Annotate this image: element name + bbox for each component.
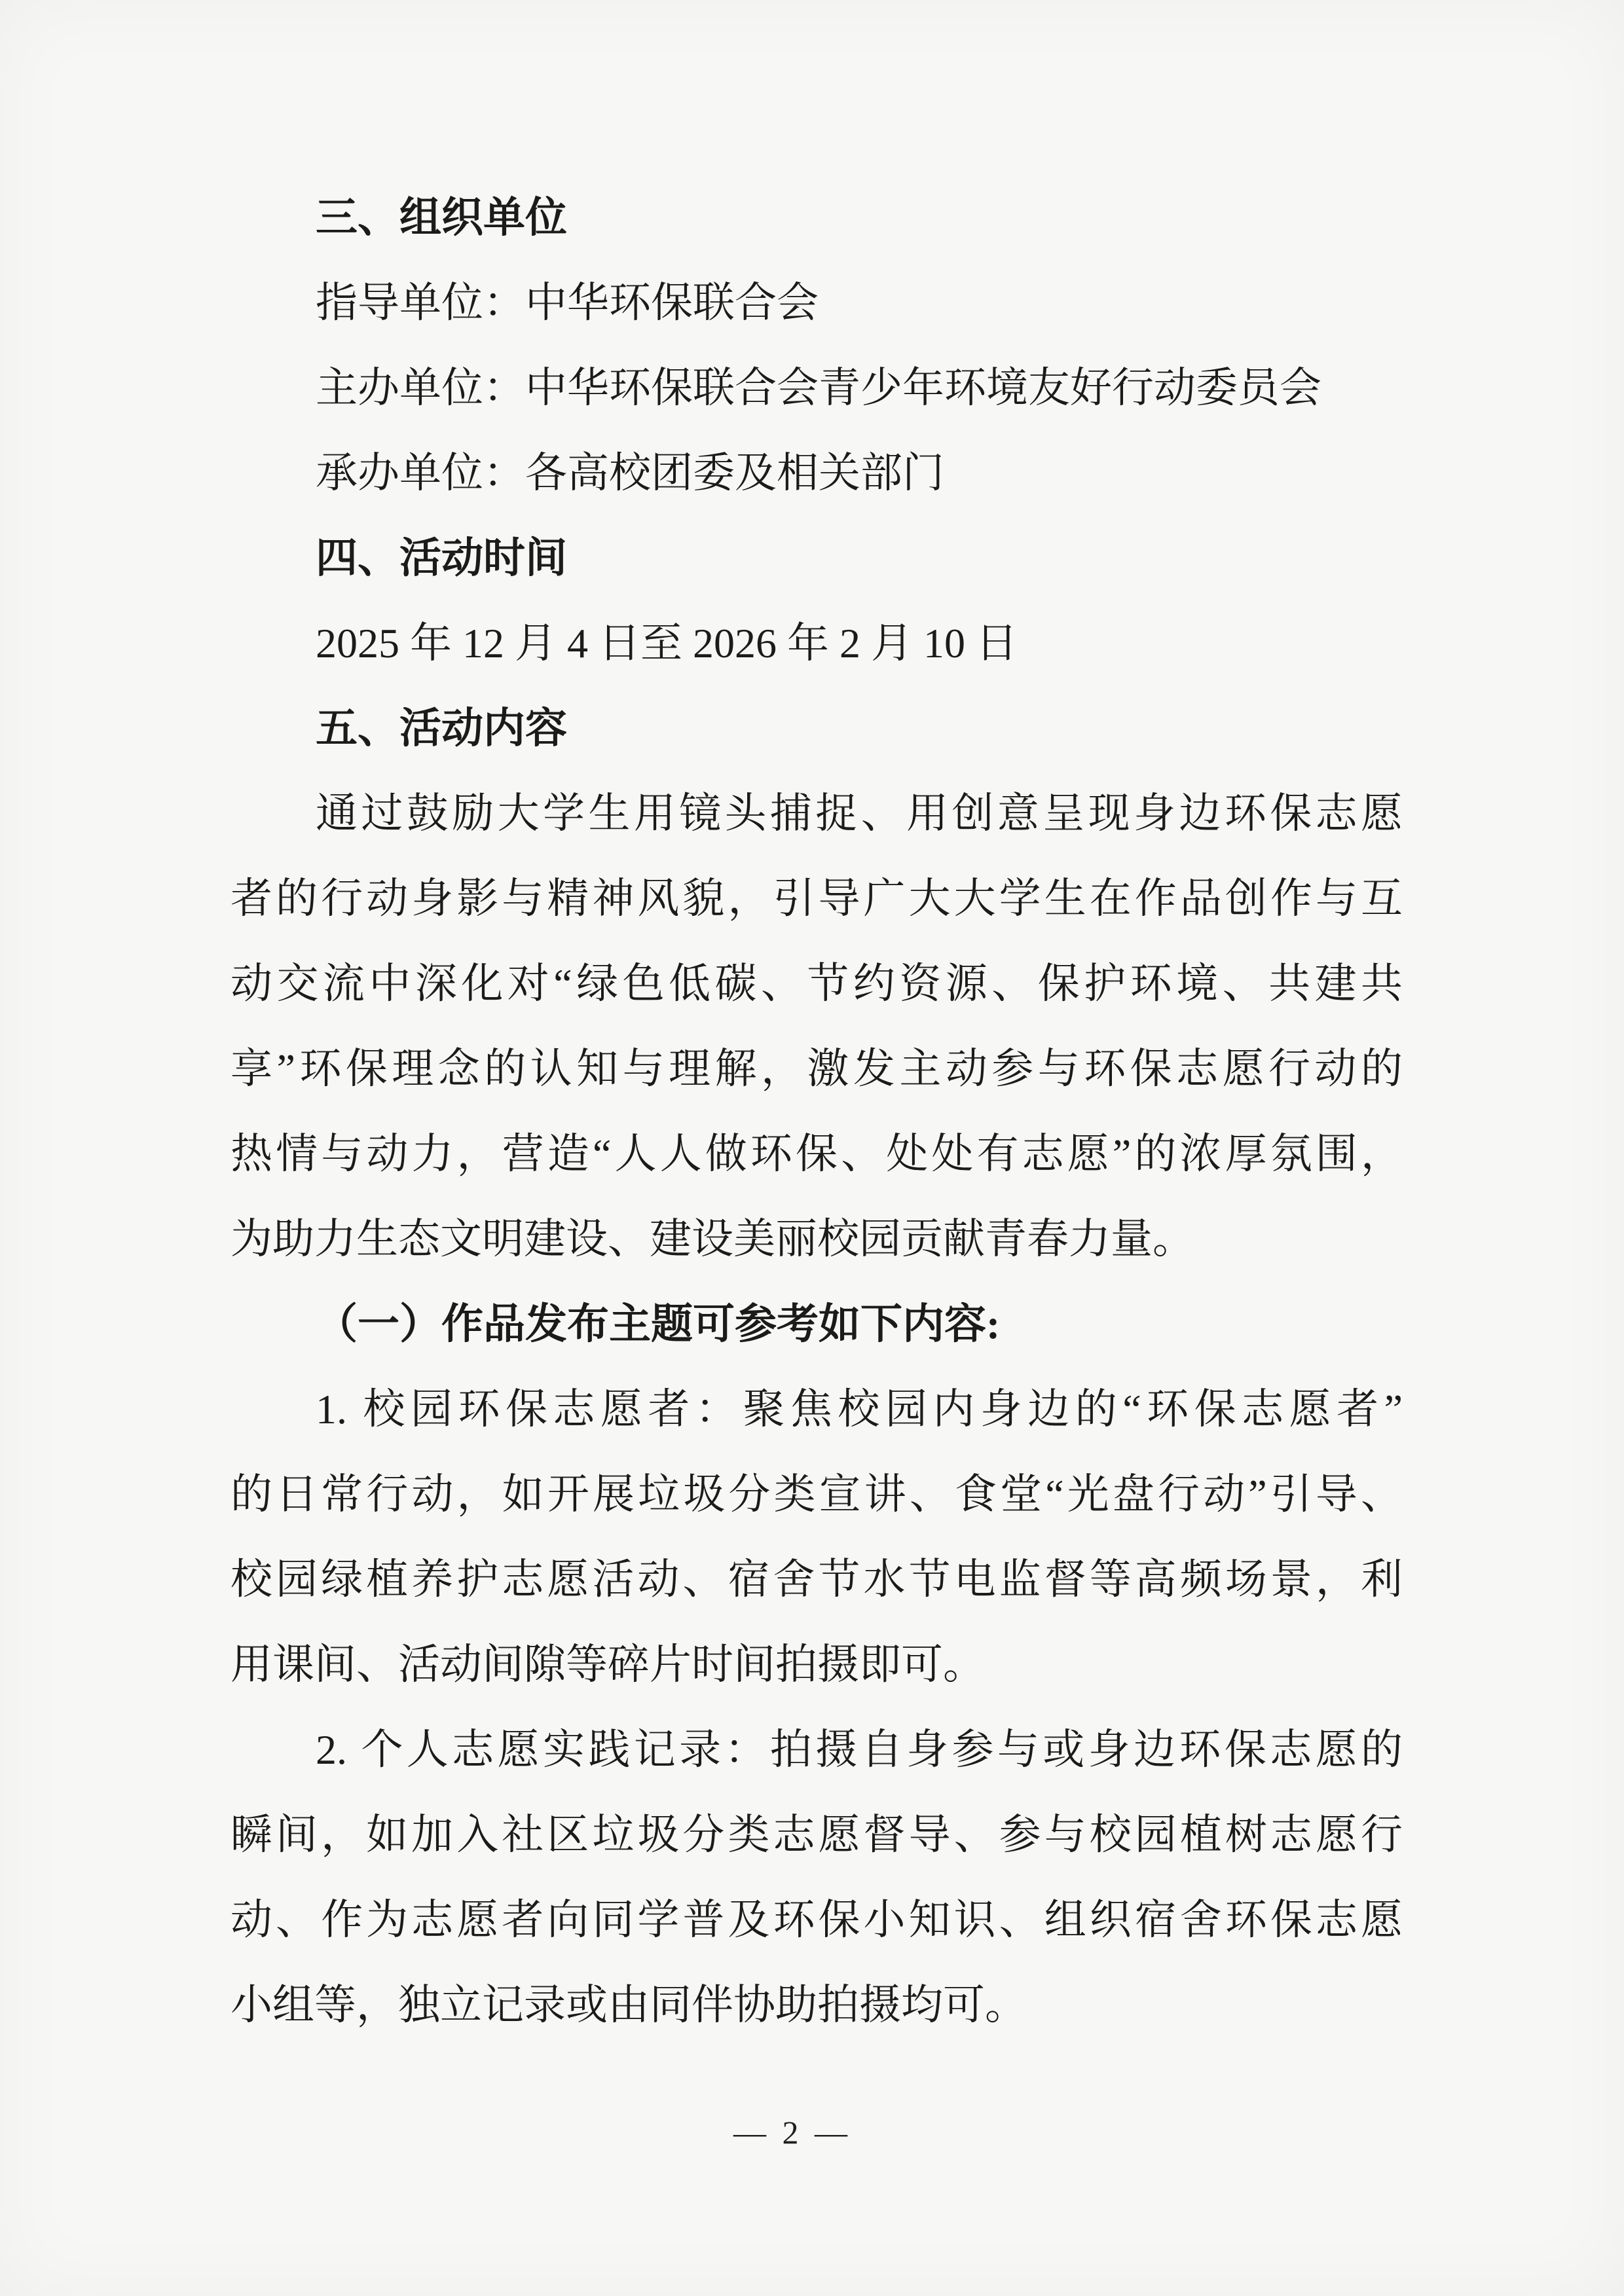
body-line: 通过鼓励大学生用镜头捕捉、用创意呈现身边环保志愿 (231, 771, 1403, 856)
body-line: 1. 校园环保志愿者：聚焦校园内身边的“环保志愿者” (231, 1367, 1403, 1452)
page-number: — 2 — (0, 2090, 1585, 2175)
body-line: 主办单位：中华环保联合会青少年环境友好行动委员会 (231, 346, 1403, 431)
body-line: 承办单位：各高校团委及相关部门 (231, 431, 1403, 516)
body-line: 瞬间，如加入社区垃圾分类志愿督导、参与校园植树志愿行 (231, 1793, 1403, 1878)
heading-subsection-1: （一）作品发布主题可参考如下内容: (231, 1282, 1403, 1367)
body-line: 动、作为志愿者向同学普及环保小知识、组织宿舍环保志愿 (231, 1878, 1403, 1963)
body-line: 为助力生态文明建设、建设美丽校园贡献青春力量。 (231, 1197, 1403, 1282)
body-line: 校园绿植养护志愿活动、宿舍节水节电监督等高频场景，利 (231, 1537, 1403, 1622)
body-line: 小组等，独立记录或由同伴协助拍摄均可。 (231, 1963, 1403, 2048)
body-line: 指导单位：中华环保联合会 (231, 261, 1403, 346)
body-line: 动交流中深化对“绿色低碳、节约资源、保护环境、共建共 (231, 941, 1403, 1027)
heading-section-4: 四、活动时间 (231, 516, 1403, 601)
body-line: 2. 个人志愿实践记录：拍摄自身参与或身边环保志愿的 (231, 1707, 1403, 1793)
document-body: 三、组织单位指导单位：中华环保联合会主办单位：中华环保联合会青少年环境友好行动委… (231, 175, 1403, 2048)
body-line: 者的行动身影与精神风貌，引导广大大学生在作品创作与互 (231, 856, 1403, 941)
body-line: 的日常行动，如开展垃圾分类宣讲、食堂“光盘行动”引导、 (231, 1452, 1403, 1537)
heading-section-3: 三、组织单位 (231, 175, 1403, 261)
scanned-document-page: 三、组织单位指导单位：中华环保联合会主办单位：中华环保联合会青少年环境友好行动委… (0, 0, 1624, 2296)
body-line: 2025 年 12 月 4 日至 2026 年 2 月 10 日 (231, 601, 1403, 686)
body-line: 用课间、活动间隙等碎片时间拍摄即可。 (231, 1622, 1403, 1707)
body-line: 热情与动力，营造“人人做环保、处处有志愿”的浓厚氛围， (231, 1112, 1403, 1197)
body-line: 享”环保理念的认知与理解，激发主动参与环保志愿行动的 (231, 1027, 1403, 1112)
heading-section-5: 五、活动内容 (231, 686, 1403, 771)
